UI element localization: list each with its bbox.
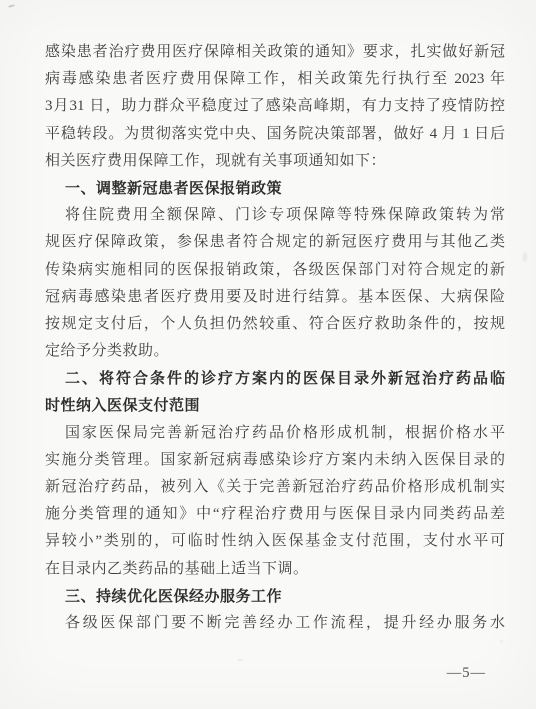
text-line: 将住院费用全额保障、门诊专项保障等特殊保障政策转为常 (45, 202, 505, 229)
scan-speck (8, 4, 15, 8)
text-line: 平稳转段。为贯彻落实党中央、国务院决策部署，做好 4 月 1 日后 (45, 121, 505, 148)
text-line: 3月31 日，助力群众平稳度过了感染高峰期，有力支持了疫情防控 (45, 93, 505, 120)
scan-speck (500, 640, 503, 643)
text-line: 规医疗保障政策，参保患者符合规定的新冠医疗费用与其他乙类 (45, 229, 505, 256)
text-line: 感染患者治疗费用医疗保障相关政策的通知》要求，扎实做好新冠 (45, 39, 505, 66)
text-line: 传染病实施相同的医保报销政策，各级医保部门对符合规定的新 (45, 257, 505, 284)
heading-line: 三、持续优化医保经办服务工作 (45, 583, 505, 610)
text-line: 实施分类管理。国家新冠病毒感染诊疗方案内未纳入医保目录的 (45, 447, 505, 474)
text-line: 异较小”类别的，可临时性纳入医保基金支付范围，支付水平可 (45, 528, 505, 555)
text-line: 定给予分类救助。 (45, 338, 505, 365)
text-line: 相关医疗费用保障工作，现就有关事项通知如下： (45, 148, 505, 175)
text-line: 各级医保部门要不断完善经办工作流程，提升经办服务水 (45, 610, 505, 637)
document-lines: 感染患者治疗费用医疗保障相关政策的通知》要求，扎实做好新冠病毒感染患者医疗费用保… (45, 39, 505, 637)
heading-line: 一、调整新冠患者医保报销政策 (45, 175, 505, 202)
heading-line: 二、将符合条件的诊疗方案内的医保目录外新冠治疗药品临 (45, 365, 505, 392)
text-line: 国家医保局完善新冠治疗药品价格形成机制，根据价格水平 (45, 420, 505, 447)
text-line: 冠病毒感染患者医疗费用要及时进行结算。基本医保、大病保险 (45, 284, 505, 311)
text-line: 施分类管理的通知》中“疗程治疗费用与医保目录内同类药品差 (45, 501, 505, 528)
text-line: 按规定支付后，个人负担仍然较重、符合医疗救助条件的，按规 (45, 311, 505, 338)
document-page: 感染患者治疗费用医疗保障相关政策的通知》要求，扎实做好新冠病毒感染患者医疗费用保… (0, 0, 536, 709)
text-line: 病毒感染患者医疗费用保障工作，相关政策先行执行至 2023 年 (45, 66, 505, 93)
heading-line: 时性纳入医保支付范围 (45, 392, 505, 419)
text-line: 在目录内乙类药品的基础上适当下调。 (45, 556, 505, 583)
scan-speck (238, 659, 243, 661)
page-number: —5— (447, 665, 486, 682)
scan-speck (523, 252, 527, 262)
text-line: 新冠治疗药品，被列入《关于完善新冠治疗药品价格形成机制实 (45, 474, 505, 501)
